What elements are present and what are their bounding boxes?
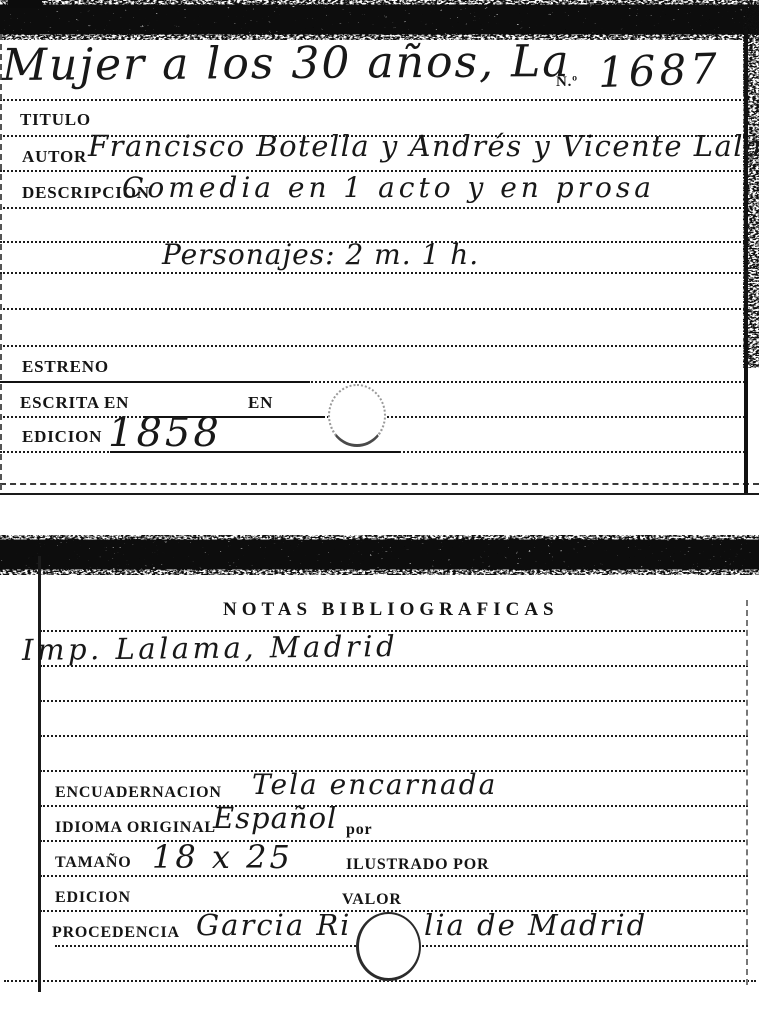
idioma-value-handwritten: Español: [213, 801, 337, 835]
ruled-line: [40, 735, 748, 737]
ruled-line: [0, 99, 745, 101]
ruled-line: [40, 875, 748, 877]
ruled-line: [0, 345, 745, 347]
ruled-line: [40, 840, 748, 842]
ruled-line: [0, 207, 745, 209]
encuadernacion-label: ENCUADERNACION: [55, 784, 222, 802]
hole-punch-mark: [328, 384, 386, 447]
autor-value-handwritten: Francisco Botella y Andrés y Vicente Lal…: [88, 129, 759, 163]
por-label: por: [346, 821, 372, 839]
en-label: EN: [248, 393, 273, 413]
encuadernacion-value-handwritten: Tela encarnada: [252, 768, 497, 801]
ruled-line-solid-segment: [0, 381, 310, 383]
idioma-original-label: IDIOMA ORIGINAL: [55, 819, 216, 837]
estreno-label: ESTRENO: [22, 357, 109, 377]
valor-label: VALOR: [342, 891, 402, 909]
procedencia-label: PROCEDENCIA: [52, 924, 180, 942]
ilustrado-por-label: ILUSTRADO POR: [346, 856, 489, 874]
card-number-handwritten: 1687: [597, 44, 722, 97]
ruled-line: [40, 700, 748, 702]
tamano-value-handwritten: 18 x 25: [152, 838, 293, 876]
top-card-left-border: [0, 34, 2, 490]
edicion-label: EDICION: [22, 427, 102, 447]
ruled-line: [4, 980, 756, 982]
card-bottom-edge-line: [0, 493, 759, 495]
ruled-line: [0, 308, 745, 310]
bottom-card-left-border: [38, 556, 41, 992]
titulo-label: TITULO: [20, 110, 91, 130]
title-handwritten: Mujer a los 30 años, La: [2, 36, 571, 91]
notas-bibliograficas-heading: NOTAS BIBLIOGRAFICAS: [223, 599, 559, 621]
edicion-value-handwritten: 1858: [108, 410, 222, 456]
descripcion-value-handwritten: Comedia en 1 acto y en prosa: [122, 171, 655, 204]
bottom-card-right-border: [746, 600, 748, 985]
personajes-handwritten: Personajes: 2 m. 1 h.: [162, 238, 479, 271]
procedencia-value-right-handwritten: lia de Madrid: [424, 908, 647, 942]
hole-punch-mark: [356, 912, 421, 981]
card-bottom-dashed-line: [0, 483, 759, 485]
catalog-card-scan: Mujer a los 30 años, La N.º 1687 TITULO …: [0, 0, 759, 1028]
edicion-bottom-label: EDICION: [55, 889, 131, 907]
ruled-line: [40, 805, 748, 807]
ruled-line: [0, 272, 745, 274]
procedencia-value-left-handwritten: Garcia Ri: [196, 908, 351, 942]
imprenta-handwritten: Imp. Lalama, Madrid: [22, 629, 398, 667]
autor-label: AUTOR: [22, 147, 87, 167]
tamano-label: TAMAÑO: [55, 854, 132, 872]
top-card-right-border: [744, 30, 748, 493]
